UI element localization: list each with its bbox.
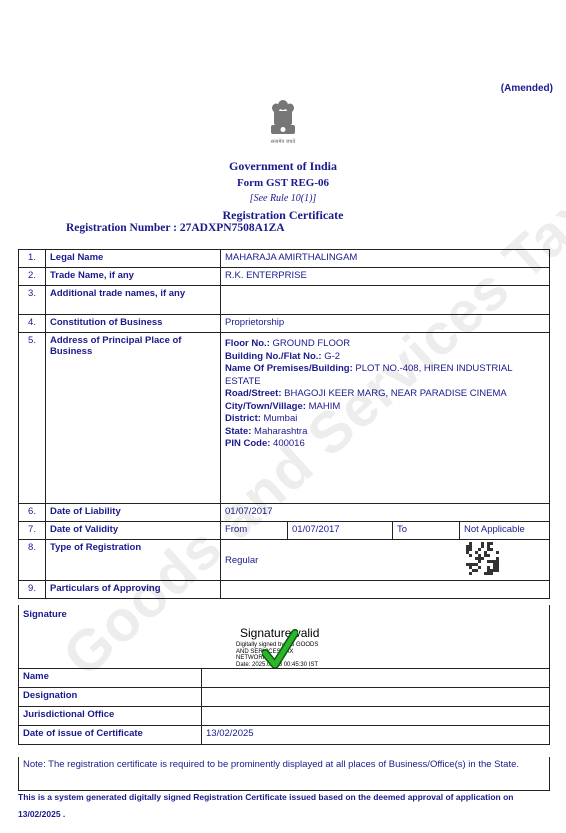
table-row: Jurisdictional Office	[19, 707, 550, 726]
table-row: 9. Particulars of Approving	[19, 581, 550, 599]
table-row: 1. Legal Name MAHARAJA AMIRTHALINGAM	[19, 250, 550, 268]
table-row: 8. Type of Registration Regular	[19, 540, 550, 581]
validity-to-value: Not Applicable	[460, 522, 550, 540]
svg-text:सत्यमेव जयते: सत्यमेव जयते	[271, 138, 296, 145]
address-line: State: Maharashtra	[225, 426, 545, 439]
form-title: Form GST REG-06	[0, 177, 566, 189]
legal-name-value: MAHARAJA AMIRTHALINGAM	[221, 250, 550, 268]
system-generated-footer: This is a system generated digitally sig…	[18, 789, 548, 823]
row-label: Additional trade names, if any	[46, 286, 221, 315]
address-line: Building No./Flat No.: G-2	[225, 351, 545, 364]
table-row: 6. Date of Liability 01/07/2017	[19, 504, 550, 522]
row-label: Trade Name, if any	[46, 268, 221, 286]
validity-to-label: To	[393, 522, 460, 540]
registration-number-value: 27ADXPN7508A1ZA	[180, 222, 285, 234]
row-number: 9.	[19, 581, 46, 599]
row-number: 2.	[19, 268, 46, 286]
name-value	[202, 669, 550, 688]
table-row: 3. Additional trade names, if any	[19, 286, 550, 315]
row-number: 3.	[19, 286, 46, 315]
approval-details-table: Name Designation Jurisdictional Office D…	[18, 668, 550, 745]
rule-reference: [See Rule 10(1)]	[0, 193, 566, 204]
table-row: 7. Date of Validity From 01/07/2017 To N…	[19, 522, 550, 540]
row-number: 4.	[19, 315, 46, 333]
signature-label: Signature	[23, 609, 67, 620]
signature-block: Signature Signature valid Digitally sign…	[18, 605, 550, 669]
valid-checkmark-icon	[262, 629, 298, 669]
particulars-of-approving-value	[221, 581, 550, 599]
row-label: Particulars of Approving	[46, 581, 221, 599]
address-line: Road/Street: BHAGOJI KEER MARG, NEAR PAR…	[225, 388, 545, 401]
row-label: Date of Liability	[46, 504, 221, 522]
row-number: 7.	[19, 522, 46, 540]
constitution-value: Proprietorship	[221, 315, 550, 333]
date-of-issue-value: 13/02/2025	[202, 726, 550, 745]
row-label: Legal Name	[46, 250, 221, 268]
display-note: Note: The registration certificate is re…	[18, 757, 550, 791]
designation-value	[202, 688, 550, 707]
address-line: Floor No.: GROUND FLOOR	[225, 338, 545, 351]
table-row: Designation	[19, 688, 550, 707]
address-line: District: Mumbai	[225, 413, 545, 426]
validity-from-value: 01/07/2017	[288, 522, 393, 540]
table-row: 5. Address of Principal Place of Busines…	[19, 333, 550, 504]
table-row: Date of issue of Certificate 13/02/2025	[19, 726, 550, 745]
registration-type-value: Regular	[221, 540, 460, 581]
national-emblem-icon: सत्यमेव जयते	[268, 98, 298, 148]
row-number: 6.	[19, 504, 46, 522]
address-line: City/Town/Village: MAHIM	[225, 401, 545, 414]
table-row: Name	[19, 669, 550, 688]
address-line: PIN Code: 400016	[225, 438, 545, 451]
table-row: 2. Trade Name, if any R.K. ENTERPRISE	[19, 268, 550, 286]
address-value: Floor No.: GROUND FLOOR Building No./Fla…	[221, 333, 550, 504]
row-label: Jurisdictional Office	[19, 707, 202, 726]
row-number: 5.	[19, 333, 46, 504]
row-label: Date of issue of Certificate	[19, 726, 202, 745]
table-row: 4. Constitution of Business Proprietorsh…	[19, 315, 550, 333]
row-label: Date of Validity	[46, 522, 221, 540]
registration-number: Registration Number : 27ADXPN7508A1ZA	[66, 222, 285, 234]
government-title: Government of India	[0, 159, 566, 174]
row-label: Type of Registration	[46, 540, 221, 581]
row-label: Address of Principal Place of Business	[46, 333, 221, 504]
address-line: Name Of Premises/Building: PLOT NO.-408,…	[225, 363, 545, 388]
row-label: Constitution of Business	[46, 315, 221, 333]
row-number: 1.	[19, 250, 46, 268]
amended-label: (Amended)	[501, 83, 553, 94]
registration-details-table: 1. Legal Name MAHARAJA AMIRTHALINGAM 2. …	[18, 249, 550, 599]
additional-trade-names-value	[221, 286, 550, 315]
validity-from-label: From	[221, 522, 288, 540]
trade-name-value: R.K. ENTERPRISE	[221, 268, 550, 286]
date-of-liability-value: 01/07/2017	[221, 504, 550, 522]
row-label: Name	[19, 669, 202, 688]
certificate-title: Registration Certificate	[0, 208, 566, 223]
jurisdictional-office-value	[202, 707, 550, 726]
row-label: Designation	[19, 688, 202, 707]
registration-number-label: Registration Number :	[66, 222, 177, 234]
row-number: 8.	[19, 540, 46, 581]
qr-code-icon	[466, 542, 499, 575]
qr-cell	[460, 540, 550, 581]
